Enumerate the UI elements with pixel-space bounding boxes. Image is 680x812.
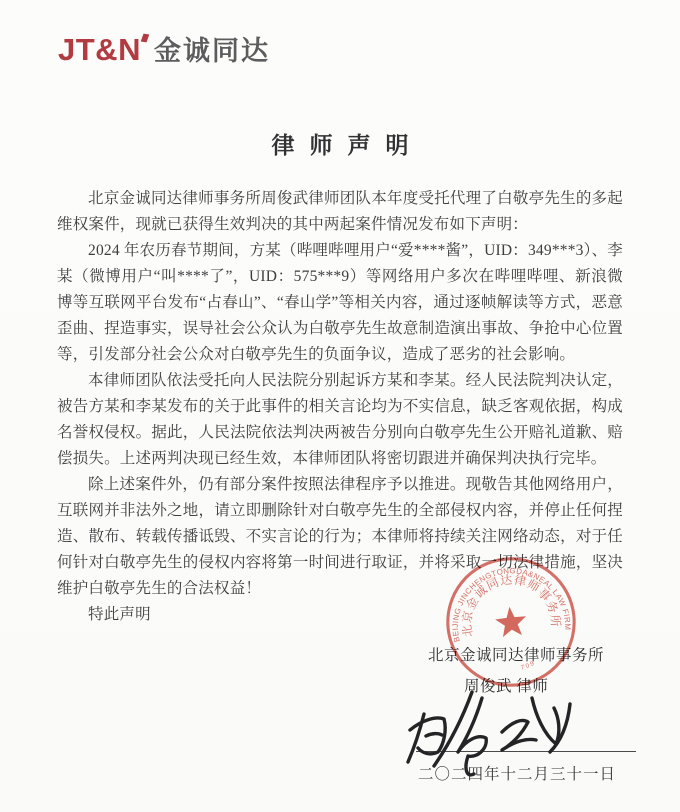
lawyer-handwritten-signature bbox=[398, 688, 588, 780]
paragraph-judgment: 本律师团队依法受托向人民法院分别起诉方某和李某。经人民法院判决认定，被告方某和李… bbox=[57, 368, 623, 472]
logo-accent-mark-icon bbox=[141, 34, 150, 43]
document-title: 律师声明 bbox=[0, 127, 680, 160]
statement-body: 北京金诚同达律师事务所周俊武律师团队本年度受托代理了白敬亭先生的多起维权案件，现… bbox=[57, 186, 623, 628]
firm-logo: JT&N 金诚同达 bbox=[58, 34, 270, 65]
paragraph-warning: 除上述案件外，仍有部分案件按照法律程序予以推进。现敬告其他网络用户，互联网并非法… bbox=[57, 472, 623, 602]
paragraph-intro: 北京金诚同达律师事务所周俊武律师团队本年度受托代理了白敬亭先生的多起维权案件，现… bbox=[57, 186, 623, 238]
legal-statement-document: JT&N 金诚同达 律师声明 北京金诚同达律师事务所周俊武律师团队本年度受托代理… bbox=[0, 0, 680, 812]
signature-firm-name: 北京金诚同达律师事务所 bbox=[428, 643, 624, 665]
closing-statement: 特此声明 bbox=[57, 602, 623, 628]
logo-chinese-text: 金诚同达 bbox=[154, 38, 270, 65]
paragraph-incident: 2024 年农历春节期间，方某（哔哩哔哩用户“爱****酱”，UID：349**… bbox=[57, 238, 623, 368]
logo-latin-text: JT&N bbox=[58, 34, 141, 65]
